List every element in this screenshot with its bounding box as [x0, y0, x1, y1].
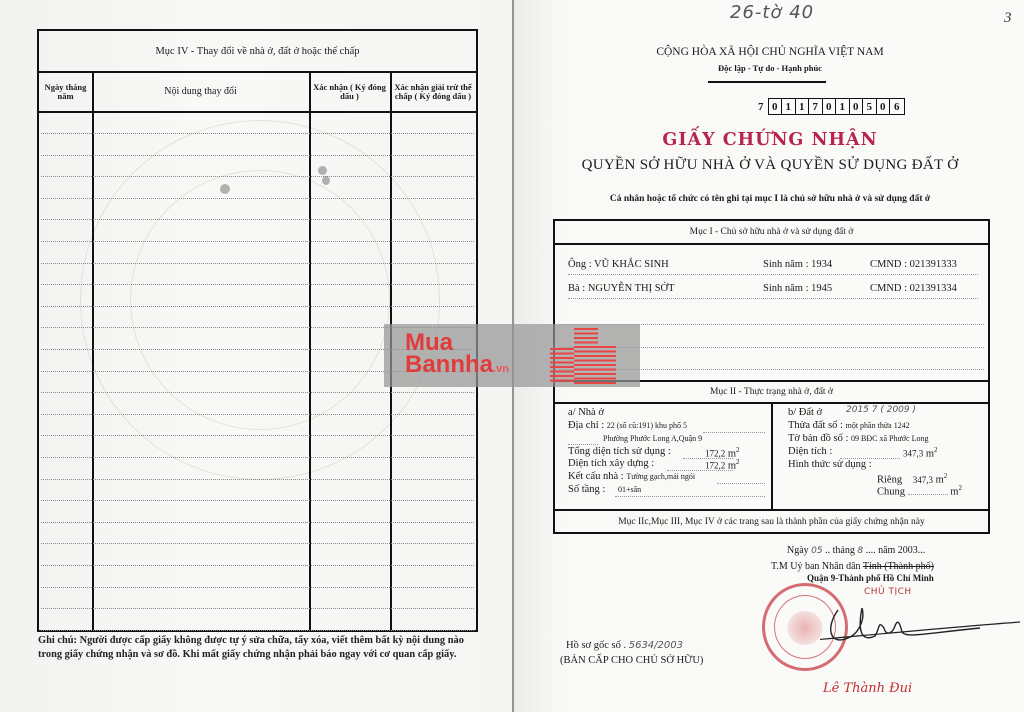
blank-entry-row [41, 155, 474, 156]
owner-name: Bà : NGUYỄN THỊ SỚT [568, 283, 675, 294]
land-area-label: Diện tích : [788, 446, 832, 457]
year-value: 2003 [898, 545, 918, 556]
authority-struck-text: Tỉnh (Thành phố) [863, 561, 934, 572]
build-area-value: 172,2 [705, 461, 725, 471]
house-total-area: Tổng diện tích sử dụng : [568, 446, 671, 457]
blank-entry-row [41, 435, 474, 436]
signature-icon [820, 598, 1020, 648]
unit-sup: 2 [934, 446, 938, 454]
ink-stain [322, 176, 330, 185]
land-shared-area: Chung m2 [877, 484, 962, 498]
serial-digit: 1 [836, 99, 850, 114]
watermark-logo-text: Mua Bannha.vn [405, 332, 509, 380]
blank-entry-row [41, 306, 474, 307]
dotted-fill [615, 496, 765, 497]
serial-digit: 0 [850, 99, 864, 114]
parcel-value: một phần thửa 1242 [846, 421, 910, 430]
col-header-mortgage-release: Xác nhận giải trừ thế chấp ( Ký đóng dấu… [390, 73, 476, 111]
issuing-authority: T.M Uỷ ban Nhân dân Tỉnh (Thành phố) [771, 561, 934, 572]
owner-row: Ông : VŨ KHẮC SINH Sinh năm : 1934 CMND … [568, 259, 978, 275]
land-parcel: Thửa đất số : một phần thửa 1242 [788, 420, 910, 431]
blank-entry-row [41, 219, 474, 220]
section-ii-divider [771, 404, 773, 511]
blank-entry-row [41, 565, 474, 566]
col-header-change-content: Nội dung thay đổi [92, 73, 309, 111]
blank-entry-row [41, 630, 474, 631]
unit-sup: 2 [736, 446, 740, 454]
section-ii-footer: Mục IIc,Mục III, Mục IV ở các trang sau … [555, 509, 988, 532]
month-value: 8 [857, 546, 863, 556]
owner-birth-year: Sinh năm : 1934 [763, 259, 832, 270]
serial-digit: 0 [877, 99, 891, 114]
house-heading: a/ Nhà ở [568, 407, 604, 418]
serial-digit: 0 [823, 99, 837, 114]
unit: m [728, 461, 736, 472]
serial-digit: 6 [890, 99, 904, 114]
signer-name: Lê Thành Đui [823, 681, 912, 696]
house-structure: Kết cấu nhà : Tường gạch,mái ngói [568, 471, 695, 482]
blank-entry-row [41, 284, 474, 285]
build-area-value-wrap: 172,2 m2 [705, 458, 740, 472]
footnote: Ghi chú: Người được cấp giấy không được … [38, 634, 478, 661]
private-area-value: 347,3 [913, 475, 933, 485]
owner-id-number: CMND : 021391333 [870, 259, 957, 270]
owner-id-number: CMND : 021391334 [870, 283, 957, 294]
blank-entry-row [41, 479, 474, 480]
address-line-1: 22 (số cũ:191) khu phố 5 [607, 421, 687, 430]
original-dossier: Hồ sơ gốc số . 5634/2003 [566, 640, 683, 651]
serial-digit: 1 [782, 99, 796, 114]
blank-entry-row [41, 522, 474, 523]
section-ii-body: a/ Nhà ở Địa chỉ : 22 (số cũ:191) khu ph… [555, 404, 988, 511]
motto-underline [708, 81, 826, 83]
blank-entry-row [41, 457, 474, 458]
serial-prefix: 7 [758, 101, 764, 113]
owner-row: Bà : NGUYỄN THỊ SỚT Sinh năm : 1945 CMND… [568, 283, 978, 299]
authority-prefix: T.M Uỷ ban Nhân dân [771, 561, 861, 572]
day-label: Ngày [787, 545, 809, 556]
owner-copy-label: (BẢN CẤP CHO CHỦ SỞ HỮU) [560, 655, 703, 666]
land-map-sheet: Tờ bản đồ số : 09 BĐC xã Phước Long [788, 433, 928, 444]
house-floors: Số tầng : 01+sân [568, 484, 641, 495]
shared-area-value [908, 494, 948, 495]
floors-label: Số tầng : [568, 484, 605, 495]
year-label: năm [878, 545, 895, 556]
signer-role: CHỦ TỊCH [864, 587, 912, 597]
blank-entry-row [41, 414, 474, 415]
watermark-line-2: Bannha [405, 351, 493, 378]
address-line-2: Phường Phước Long A,Quận 9 [603, 434, 702, 443]
ink-stain [318, 166, 327, 175]
nation-title: CỘNG HÒA XÃ HỘI CHỦ NGHĨA VIỆT NAM [560, 46, 980, 58]
serial-digit-boxes: 0117010506 [768, 98, 905, 115]
section-iv-header-row: Ngày tháng năm Nội dung thay đổi Xác nhậ… [39, 73, 476, 113]
dotted-fill [703, 432, 765, 433]
blank-entry-row [41, 608, 474, 609]
parcel-label: Thửa đất số : [788, 420, 843, 431]
land-area-value-wrap: 347,3 m2 [903, 446, 938, 460]
house-build-area: Diện tích xây dựng : [568, 458, 654, 469]
address-label: Địa chỉ : [568, 420, 604, 431]
building-icon [550, 348, 574, 384]
serial-digit: 1 [796, 99, 810, 114]
handwritten-reference: 26-tờ 40 [730, 2, 814, 23]
dotted-fill [717, 483, 765, 484]
unit-sup: 2 [944, 472, 948, 480]
land-heading: b/ Đất ở [788, 407, 822, 418]
certificate-subtitle: QUYỀN SỞ HỮU NHÀ Ở VÀ QUYỀN SỬ DỤNG ĐẤT … [545, 157, 995, 174]
house-address: Địa chỉ : 22 (số cũ:191) khu phố 5 [568, 420, 687, 431]
total-area-label: Tổng diện tích sử dụng : [568, 446, 671, 457]
floors-value: 01+sân [618, 485, 641, 494]
building-icon [598, 346, 616, 384]
section-i-title: Mục I - Chủ sở hữu nhà ở và sử dụng đất … [555, 221, 988, 245]
blank-entry-row [41, 176, 474, 177]
blank-entry-row [41, 133, 474, 134]
issuing-district: Quận 9-Thành phố Hồ Chí Minh [807, 573, 934, 583]
watermark-suffix: .vn [493, 363, 509, 375]
watermark-banner: Mua Bannha.vn [384, 324, 640, 387]
serial-digit: 0 [769, 99, 783, 114]
day-value: 05 [811, 546, 822, 556]
dossier-number: 5634/2003 [629, 640, 683, 651]
structure-label: Kết cấu nhà : [568, 471, 624, 482]
issue-date: Ngày 05 .. tháng 8 .... năm 2003... [787, 545, 925, 556]
serial-digit: 5 [863, 99, 877, 114]
blank-entry-row [41, 500, 474, 501]
national-motto: Độc lập - Tự do - Hạnh phúc [560, 63, 980, 73]
certificate-serial: 7 0117010506 [758, 98, 905, 115]
building-icon [574, 328, 598, 384]
owner-name: Ông : VŨ KHẮC SINH [568, 259, 669, 270]
certificate-description: Cá nhân hoặc tổ chức có tên ghi tại mục … [545, 194, 995, 204]
blank-entry-row [41, 392, 474, 393]
ink-stain [220, 184, 230, 194]
blank-entry-row [41, 587, 474, 588]
col-header-confirmation: Xác nhận ( Ký đóng dấu ) [309, 73, 390, 111]
land-handwritten-note: 2015 7 ( 2009 ) [846, 405, 916, 415]
section-iv-title: Mục IV - Thay đổi về nhà ở, đất ở hoặc t… [39, 31, 476, 73]
certificate-title: GIẤY CHỨNG NHẬN [560, 130, 980, 150]
structure-value: Tường gạch,mái ngói [626, 472, 695, 481]
unit-sup: 2 [958, 484, 962, 492]
total-area-value: 172,2 [705, 449, 725, 459]
shared-label: Chung [877, 487, 905, 498]
land-area: Diện tích : [788, 446, 832, 457]
owner-birth-year: Sinh năm : 1945 [763, 283, 832, 294]
page-number: 3 [1004, 10, 1012, 27]
land-usage-form: Hình thức sử dụng : [788, 459, 872, 470]
build-area-label: Diện tích xây dựng : [568, 458, 654, 469]
dossier-label: Hồ sơ gốc số [566, 640, 621, 651]
dotted-fill [568, 444, 598, 445]
unit: m [926, 449, 934, 460]
map-value: 09 BĐC xã Phước Long [851, 434, 928, 443]
unit-sup: 2 [736, 458, 740, 466]
month-label: tháng [833, 545, 855, 556]
col-header-date: Ngày tháng năm [39, 73, 92, 111]
land-area-value: 347,3 [903, 449, 923, 459]
blank-entry-row [41, 241, 474, 242]
serial-digit: 7 [809, 99, 823, 114]
blank-entry-row [41, 263, 474, 264]
blank-entry-row [41, 543, 474, 544]
blank-entry-row [41, 198, 474, 199]
map-label: Tờ bản đồ số : [788, 433, 848, 444]
